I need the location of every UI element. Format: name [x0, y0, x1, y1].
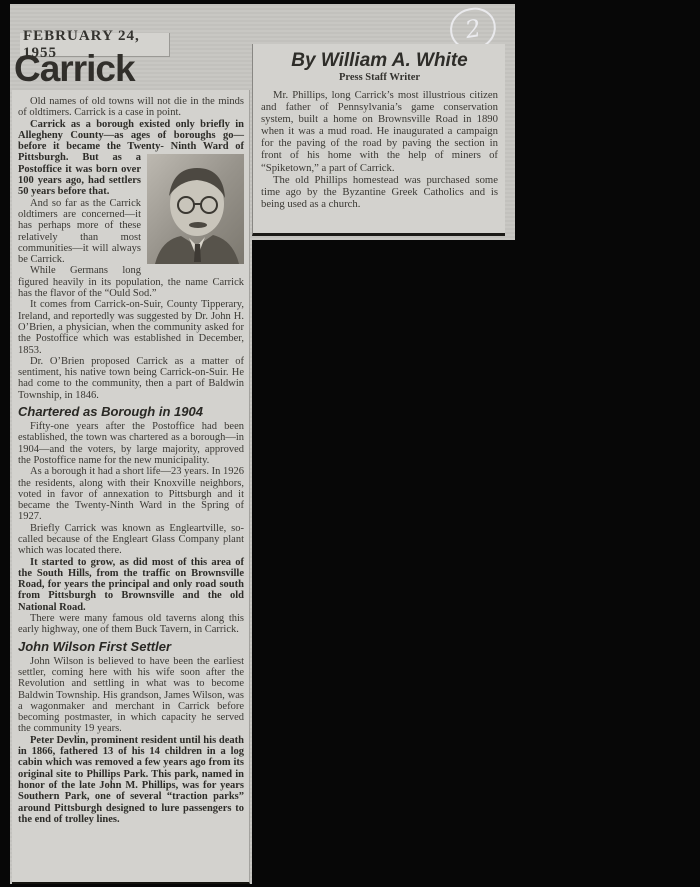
paragraph: Dr. O’Brien proposed Carrick as a matter…	[18, 356, 244, 401]
paragraph: It comes from Carrick-on-Suir, County Ti…	[18, 299, 244, 355]
portrait-photo	[147, 154, 244, 264]
right-column-clipping: By William A. White Press Staff Writer M…	[252, 44, 505, 236]
right-column-text: Mr. Phillips, long Carrick’s most illust…	[261, 89, 498, 210]
portrait-photo-art	[147, 154, 244, 264]
section-subhead: Chartered as Borough in 1904	[18, 405, 244, 419]
byline-role: Press Staff Writer	[261, 72, 498, 83]
byline: By William A. White	[261, 50, 498, 72]
page-number-text: 2	[463, 14, 482, 44]
section-subhead: John Wilson First Settler	[18, 640, 244, 654]
paragraph: It started to grow, as did most of this …	[18, 557, 244, 613]
left-column-clipping: Old names of old towns will not die in t…	[12, 90, 250, 884]
paragraph: Old names of old towns will not die in t…	[18, 96, 244, 119]
paragraph: The old Phillips homestead was purchased…	[261, 174, 498, 210]
paragraph: There were many famous old taverns along…	[18, 613, 244, 636]
paragraph: Mr. Phillips, long Carrick’s most illust…	[261, 89, 498, 174]
article-headline: Carrick	[14, 50, 135, 87]
paragraph: Fifty-one years after the Postoffice had…	[18, 421, 244, 466]
paragraph: While Germans long figured heavily in it…	[18, 265, 244, 299]
paragraph: Briefly Carrick was known as Engleartvil…	[18, 523, 244, 557]
paragraph: As a borough it had a short life—23 year…	[18, 466, 244, 522]
paragraph-with-photo: Carrick as a borough existed only briefl…	[18, 119, 244, 198]
paragraph: John Wilson is believed to have been the…	[18, 656, 244, 735]
scanned-newspaper-page: 2 FEBRUARY 24, 1955 Carrick By William A…	[0, 0, 700, 887]
paragraph: Peter Devlin, prominent resident until h…	[18, 735, 244, 825]
